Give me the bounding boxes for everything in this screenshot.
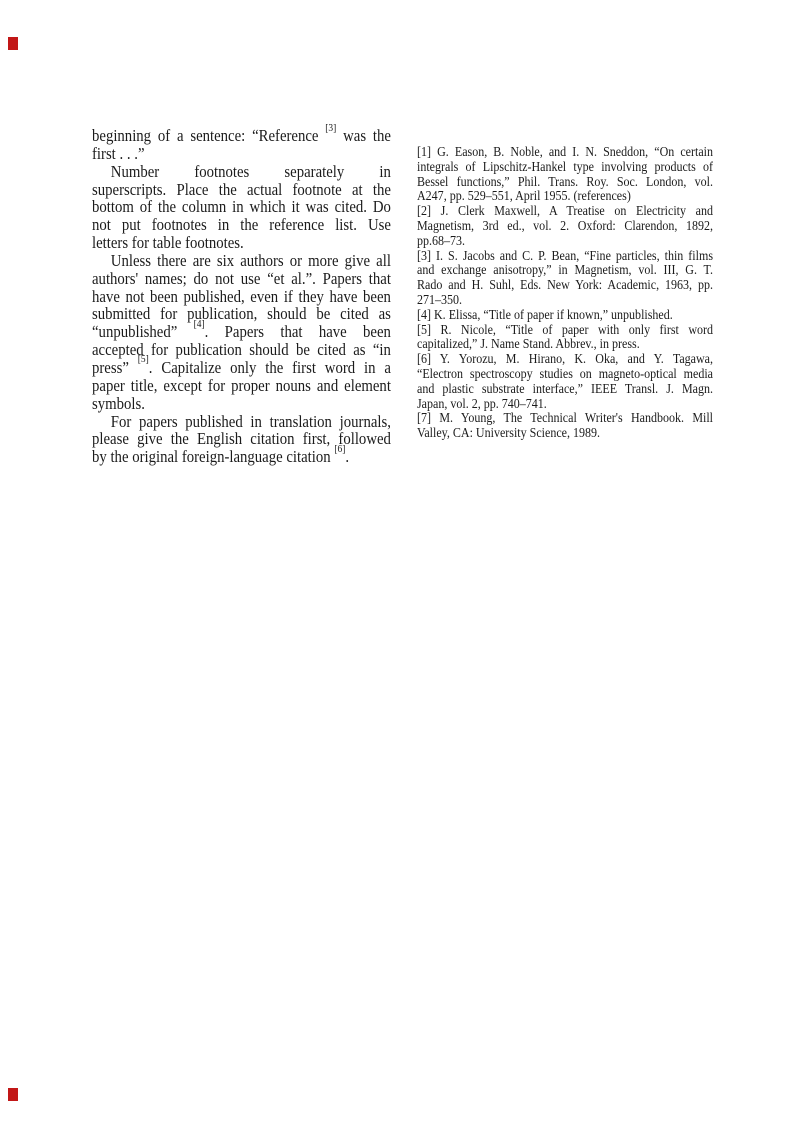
text-line: superscripts. Place the actual footnote … bbox=[92, 181, 391, 199]
right-column: [1] G. Eason, B. Noble, and I. N. Sneddo… bbox=[417, 145, 713, 441]
text-line: not put footnotes in the reference list.… bbox=[92, 216, 391, 234]
text-line: Unless there are six authors or more giv… bbox=[92, 252, 391, 270]
paragraph: Unless there are six authors or more giv… bbox=[92, 252, 391, 413]
citation-superscript: [3] bbox=[325, 123, 336, 134]
citation-superscript: [6] bbox=[334, 444, 345, 455]
text-line: [4] K. Elissa, “Title of paper if known,… bbox=[417, 308, 713, 323]
paragraph: Number footnotes separately insuperscrip… bbox=[92, 163, 391, 252]
text-line: symbols. bbox=[92, 395, 391, 413]
citation-superscript: [4] bbox=[194, 319, 205, 330]
text-line: Valley, CA: University Science, 1989. bbox=[417, 426, 713, 441]
text-line: please give the English citation first, … bbox=[92, 430, 391, 448]
document-page: beginning of a sentence: “Reference [3] … bbox=[0, 0, 800, 1131]
reference-entry: [7] M. Young, The Technical Writer's Han… bbox=[417, 411, 713, 441]
text-line: integrals of Lipschitz-Hankel type invol… bbox=[417, 160, 713, 175]
text-line: “Electron spectroscopy studies on magnet… bbox=[417, 367, 713, 382]
text-line: Rado and H. Suhl, Eds. New York: Academi… bbox=[417, 278, 713, 293]
text-line: by the original foreign-language citatio… bbox=[92, 448, 391, 466]
red-watermark-bottom-icon bbox=[8, 1088, 18, 1101]
text-line: press” [5]. Capitalize only the first wo… bbox=[92, 359, 391, 377]
text-line: submitted for publication, should be cit… bbox=[92, 305, 391, 323]
reference-entry: [6] Y. Yorozu, M. Hirano, K. Oka, and Y.… bbox=[417, 352, 713, 411]
text-line: [1] G. Eason, B. Noble, and I. N. Sneddo… bbox=[417, 145, 713, 160]
reference-entry: [4] K. Elissa, “Title of paper if known,… bbox=[417, 308, 713, 323]
text-line: first . . .” bbox=[92, 145, 391, 163]
text-line: paper title, except for proper nouns and… bbox=[92, 377, 391, 395]
text-line: A247, pp. 529–551, April 1955. (referenc… bbox=[417, 189, 713, 204]
paragraph: For papers published in translation jour… bbox=[92, 413, 391, 467]
text-line: Number footnotes separately in bbox=[92, 163, 391, 181]
text-line: 271–350. bbox=[417, 293, 713, 308]
text-line: bottom of the column in which it was cit… bbox=[92, 198, 391, 216]
text-line: For papers published in translation jour… bbox=[92, 413, 391, 431]
text-line: and exchange anisotropy,” in Magnetism, … bbox=[417, 263, 713, 278]
text-line: [6] Y. Yorozu, M. Hirano, K. Oka, and Y.… bbox=[417, 352, 713, 367]
text-line: capitalized,” J. Name Stand. Abbrev., in… bbox=[417, 337, 713, 352]
text-line: [5] R. Nicole, “Title of paper with only… bbox=[417, 323, 713, 338]
reference-entry: [1] G. Eason, B. Noble, and I. N. Sneddo… bbox=[417, 145, 713, 204]
text-line: have not been published, even if they ha… bbox=[92, 288, 391, 306]
text-line: beginning of a sentence: “Reference [3] … bbox=[92, 127, 391, 145]
reference-entry: [3] I. S. Jacobs and C. P. Bean, “Fine p… bbox=[417, 249, 713, 308]
citation-superscript: [5] bbox=[138, 354, 149, 365]
text-line: and plastic substrate interface,” IEEE T… bbox=[417, 382, 713, 397]
text-line: [2] J. Clerk Maxwell, A Treatise on Elec… bbox=[417, 204, 713, 219]
text-line: [7] M. Young, The Technical Writer's Han… bbox=[417, 411, 713, 426]
text-line: [3] I. S. Jacobs and C. P. Bean, “Fine p… bbox=[417, 249, 713, 264]
text-line: letters for table footnotes. bbox=[92, 234, 391, 252]
text-line: authors' names; do not use “et al.”. Pap… bbox=[92, 270, 391, 288]
red-watermark-top-icon bbox=[8, 37, 18, 50]
text-line: Magnetism, 3rd ed., vol. 2. Oxford: Clar… bbox=[417, 219, 713, 234]
reference-entry: [2] J. Clerk Maxwell, A Treatise on Elec… bbox=[417, 204, 713, 248]
reference-entry: [5] R. Nicole, “Title of paper with only… bbox=[417, 323, 713, 353]
text-line: “unpublished” [4]. Papers that have been bbox=[92, 323, 391, 341]
paragraph: beginning of a sentence: “Reference [3] … bbox=[92, 127, 391, 163]
left-column: beginning of a sentence: “Reference [3] … bbox=[92, 127, 391, 466]
text-line: Bessel functions,” Phil. Trans. Roy. Soc… bbox=[417, 175, 713, 190]
text-line: Japan, vol. 2, pp. 740–741. bbox=[417, 397, 713, 412]
text-line: pp.68–73. bbox=[417, 234, 713, 249]
